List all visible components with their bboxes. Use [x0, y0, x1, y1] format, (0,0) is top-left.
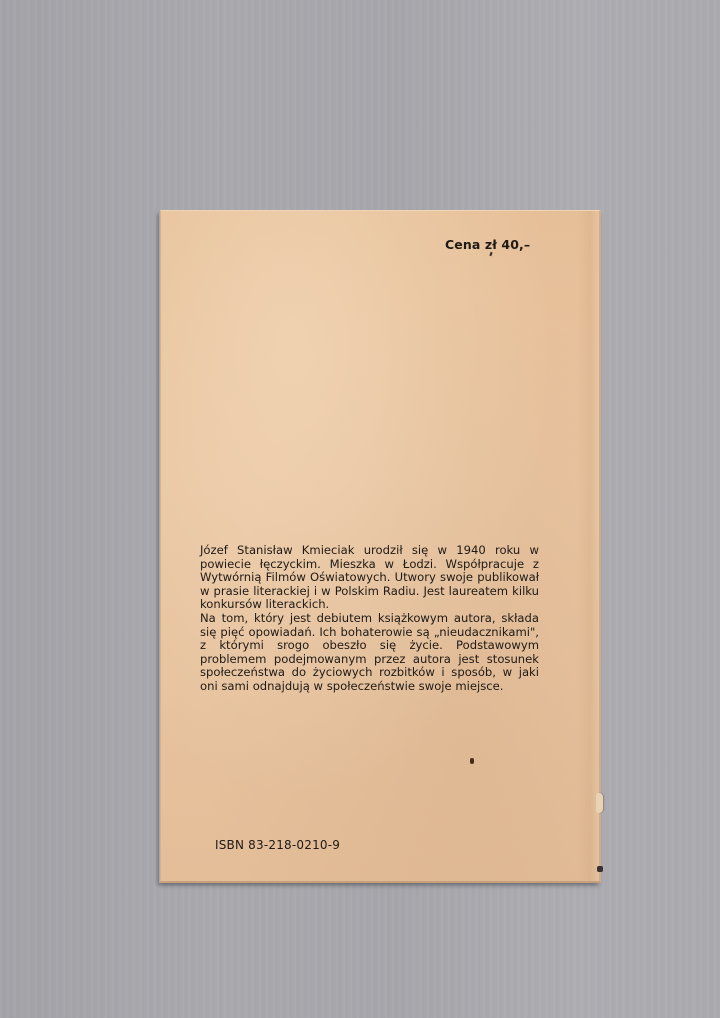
torn-edge-flap — [596, 793, 603, 813]
ink-mark — [489, 252, 492, 256]
author-blurb: Józef Stanisław Kmieciak urodził się w 1… — [200, 544, 539, 694]
isbn-label: ISBN 83-218-0210-9 — [215, 838, 340, 852]
book-back-cover: Cena zł 40,– Józef Stanisław Kmieciak ur… — [160, 210, 601, 883]
ink-spot — [470, 758, 474, 764]
blurb-paragraph-author-bio: Józef Stanisław Kmieciak urodził się w 1… — [200, 544, 539, 612]
corner-damage — [597, 866, 603, 872]
blurb-paragraph-book-description: Na tom, który jest debiutem książkowym a… — [200, 612, 539, 694]
price-label: Cena zł 40,– — [445, 237, 530, 252]
